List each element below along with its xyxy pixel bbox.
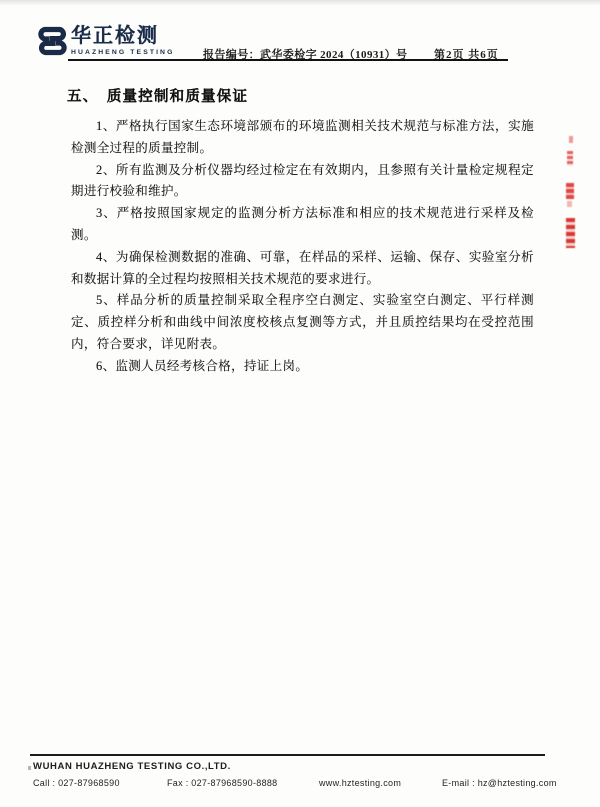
report-page: 华正检测 HUAZHENG TESTING 报告编号：武华委检字 2024（10…	[0, 0, 600, 807]
brand-name-chinese: 华正检测	[71, 26, 174, 46]
email-address: E-mail : hz@hztesting.com	[442, 778, 557, 788]
brand-block: 华正检测 HUAZHENG TESTING	[71, 26, 174, 57]
red-stamp-bleed-mark	[566, 183, 574, 199]
huazheng-logo-icon	[37, 24, 68, 58]
scan-artifact-dot	[28, 766, 31, 770]
paragraph-1: 1、严格执行国家生态环境部颁布的环境监测相关技术规范与标准方法，实施检测全过程的…	[71, 116, 534, 160]
phone-number: Call : 027-87968590	[33, 778, 120, 788]
document-body: 五、 质量控制和质量保证 1、严格执行国家生态环境部颁布的环境监测相关技术规范与…	[71, 85, 534, 378]
paragraph-5: 5、样品分析的质量控制采取全程序空白测定、实验室空白测定、平行样测定、质控样分析…	[71, 290, 534, 355]
paragraph-4: 4、为确保检测数据的准确、可靠，在样品的采样、运输、保存、实验室分析和数据计算的…	[71, 247, 534, 291]
section-heading: 五、 质量控制和质量保证	[67, 85, 534, 106]
company-name: WUHAN HUAZHENG TESTING CO.,LTD.	[33, 761, 231, 772]
paragraph-3: 3、严格按照国家规定的监测分析方法标准和相应的技术规范进行采样及检测。	[71, 203, 534, 247]
red-stamp-bleed-mark	[567, 201, 572, 207]
fax-number: Fax : 027-87968590-8888	[167, 778, 277, 788]
footer-divider	[30, 754, 545, 756]
website-url: www.hztesting.com	[319, 778, 401, 788]
red-stamp-bleed-mark	[566, 218, 575, 248]
red-stamp-bleed-mark	[569, 136, 573, 143]
brand-name-english: HUAZHENG TESTING	[71, 50, 174, 57]
header-divider	[68, 59, 508, 61]
paragraph-6: 6、监测人员经考核合格，持证上岗。	[71, 356, 534, 378]
paragraph-2: 2、所有监测及分析仪器均经过检定在有效期内，且参照有关计量检定规程定期进行校验和…	[71, 160, 534, 204]
red-stamp-bleed-mark	[567, 151, 573, 166]
